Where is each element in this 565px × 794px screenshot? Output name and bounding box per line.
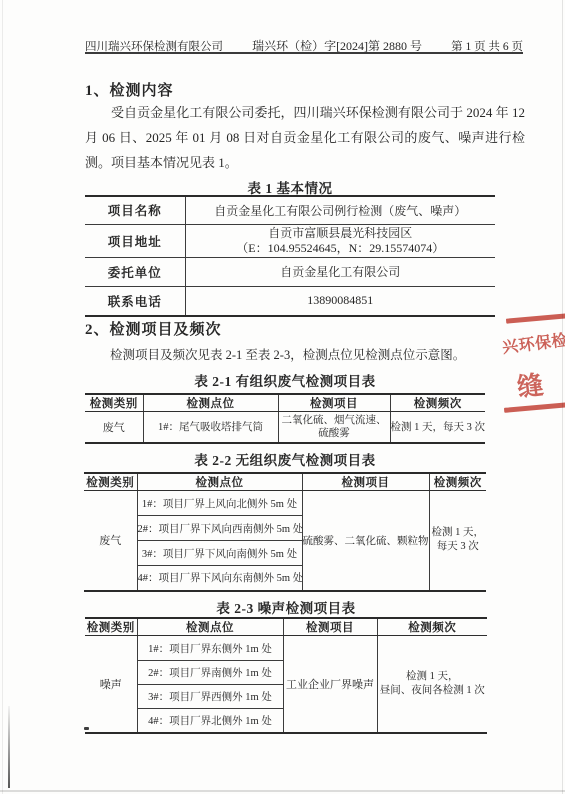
frequency-cell: 检测 1 天， 昼间、夜间各检测 1 次 <box>377 636 487 733</box>
table-row: 联系电话 13890084851 <box>85 286 495 316</box>
col-header-category: 检测类别 <box>84 473 137 491</box>
section-1-paragraph: 受自贡金星化工有限公司委托，四川瑞兴环保检测有限公司于 2024 年 12 月 … <box>85 100 525 175</box>
table-2-1-organized-gas: 检测类别 检测点位 检测项目 检测频次 废气 1#：尾气吸收塔排气筒 二氧化硫、… <box>85 393 485 444</box>
point-cell: 3#：项目厂界西侧外 1m 处 <box>137 685 283 709</box>
category-cell: 废气 <box>84 491 137 591</box>
table-header-row: 检测类别 检测点位 检测项目 检测频次 <box>85 394 485 412</box>
frequency-cell: 检测 1 天， 每天 3 次 <box>429 491 486 591</box>
item-cell: 工业企业厂界噪声 <box>283 636 377 733</box>
table-row: 废气 1#：尾气吸收塔排气筒 二氧化硫、烟气流速、硫酸雾 检测 1 天，每天 3… <box>85 412 485 443</box>
table-row: 委托单位 自贡金星化工有限公司 <box>85 257 495 286</box>
section-2-heading: 2、检测项目及频次 <box>85 318 222 339</box>
table-1-label-phone: 联系电话 <box>85 286 185 316</box>
table-row: 噪声 1#：项目厂界东侧外 1m 处 工业企业厂界噪声 检测 1 天， 昼间、夜… <box>85 636 487 661</box>
table-row: 项目名称 自贡金星化工有限公司例行检测（废气、噪声） <box>85 196 495 224</box>
col-header-point: 检测点位 <box>137 618 283 636</box>
category-cell: 噪声 <box>85 636 137 733</box>
frequency-line: 检测 1 天， <box>430 526 487 540</box>
col-header-category: 检测类别 <box>85 618 137 636</box>
table-1-label-name: 项目名称 <box>85 196 185 224</box>
frequency-line: 每天 3 次 <box>430 540 487 554</box>
seal-text-feng: 缝 <box>515 365 545 405</box>
point-cell: 1#：项目厂界上风向北侧外 5m 处 <box>137 491 302 516</box>
frequency-cell: 检测 1 天，每天 3 次 <box>390 412 485 443</box>
seal-border-line-bottom <box>504 402 565 412</box>
item-cell: 二氧化硫、烟气流速、硫酸雾 <box>278 412 390 443</box>
table-1-value-phone: 13890084851 <box>185 286 495 316</box>
table-1-title: 表 1 基本情况 <box>85 177 495 197</box>
col-header-point: 检测点位 <box>137 473 302 491</box>
col-header-category: 检测类别 <box>85 394 143 412</box>
section-1-heading: 1、检测内容 <box>85 79 174 100</box>
table-1-value-address: 自贡市富顺县晨光科技园区 （E：104.95524645，N：29.155740… <box>185 224 495 257</box>
address-coordinates: （E：104.95524645，N：29.15574074） <box>186 241 496 256</box>
point-cell: 3#：项目厂界下风向南侧外 5m 处 <box>137 541 302 566</box>
col-header-item: 检测项目 <box>302 473 429 491</box>
scan-edge-right <box>562 0 564 794</box>
scan-edge-left <box>2 0 3 794</box>
table-2-1-title: 表 2-1 有组织废气检测项目表 <box>85 370 485 390</box>
table-1-basic-info: 项目名称 自贡金星化工有限公司例行检测（废气、噪声） 项目地址 自贡市富顺县晨光… <box>85 195 495 317</box>
table-row: 废气 1#：项目厂界上风向北侧外 5m 处 硫酸雾、二氧化硫、颗粒物 检测 1 … <box>84 491 486 516</box>
table-2-2-title: 表 2-2 无组织废气检测项目表 <box>84 449 486 469</box>
seal-text-company-fragment: 兴环保检 <box>501 327 565 358</box>
col-header-item: 检测项目 <box>278 394 390 412</box>
table-1-value-name: 自贡金星化工有限公司例行检测（废气、噪声） <box>185 196 495 224</box>
point-cell: 4#：项目厂界下风向东南侧外 5m 处 <box>137 566 302 591</box>
col-header-frequency: 检测频次 <box>390 394 485 412</box>
col-header-frequency: 检测频次 <box>429 473 486 491</box>
seal-border-line-top <box>506 313 565 323</box>
col-header-point: 检测点位 <box>143 394 278 412</box>
col-header-item: 检测项目 <box>283 618 377 636</box>
frequency-line: 昼间、夜间各检测 1 次 <box>378 684 488 698</box>
col-header-frequency: 检测频次 <box>377 618 487 636</box>
scan-edge-bottom <box>0 790 565 792</box>
category-cell: 废气 <box>85 412 143 443</box>
table-1-value-client: 自贡金星化工有限公司 <box>185 257 495 286</box>
table-2-2-fugitive-gas: 检测类别 检测点位 检测项目 检测频次 废气 1#：项目厂界上风向北侧外 5m … <box>84 472 486 592</box>
frequency-line: 检测 1 天， <box>378 670 488 684</box>
point-cell: 2#：项目厂界南侧外 1m 处 <box>137 661 283 685</box>
table-1-label-client: 委托单位 <box>85 257 185 286</box>
header-rule <box>85 52 523 54</box>
scanned-report-page: 四川瑞兴环保检测有限公司 瑞兴环（检）字[2024]第 2880 号 第 1 页… <box>0 0 565 794</box>
table-2-3-title: 表 2-3 噪声检测项目表 <box>85 597 487 617</box>
table-1-label-address: 项目地址 <box>85 224 185 257</box>
point-cell: 1#：项目厂界东侧外 1m 处 <box>137 636 283 661</box>
table-row: 项目地址 自贡市富顺县晨光科技园区 （E：104.95524645，N：29.1… <box>85 224 495 257</box>
address-line-1: 自贡市富顺县晨光科技园区 <box>186 226 496 241</box>
point-cell: 1#：尾气吸收塔排气筒 <box>143 412 278 443</box>
section-2-paragraph: 检测项目及频次见表 2-1 至表 2-3，检测点位见检测点位示意图。 <box>85 343 525 368</box>
table-2-3-noise: 检测类别 检测点位 检测项目 检测频次 噪声 1#：项目厂界东侧外 1m 处 工… <box>85 617 487 734</box>
point-cell: 4#：项目厂界北侧外 1m 处 <box>137 709 283 733</box>
item-cell: 硫酸雾、二氧化硫、颗粒物 <box>302 491 429 591</box>
scan-smudge-line <box>8 706 10 788</box>
table-header-row: 检测类别 检测点位 检测项目 检测频次 <box>85 618 487 636</box>
table-header-row: 检测类别 检测点位 检测项目 检测频次 <box>84 473 486 491</box>
scan-smudge-dash <box>84 727 89 730</box>
point-cell: 2#：项目厂界下风向西南侧外 5m 处 <box>137 516 302 541</box>
